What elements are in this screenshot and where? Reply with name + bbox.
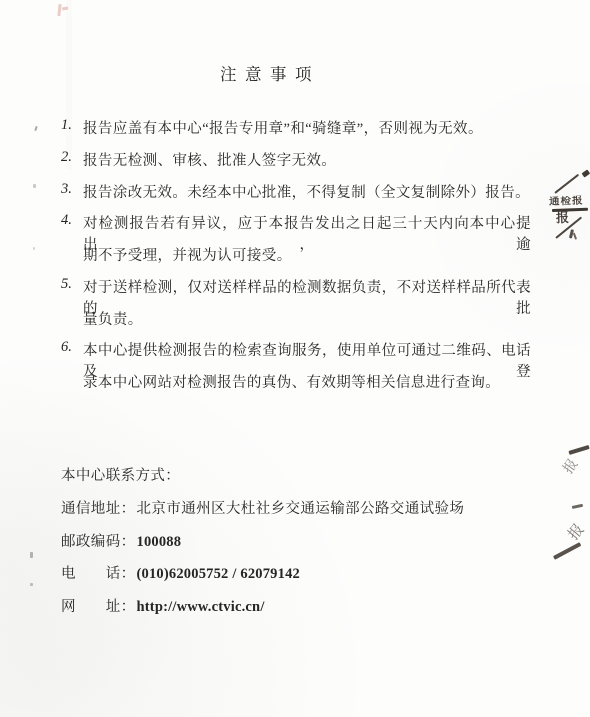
seal-glyph-fragment [569,229,574,238]
notice-list: 1. 报告应盖有本中心“报告专用章”和“骑缝章”，否则视为无效。 2. 报告无检… [61,117,531,403]
notice-item-5-cont: 量负责。 [61,308,531,340]
notice-item-4-cont: 期不予受理，并视为认可接受。 [61,244,531,276]
scan-speck [33,184,36,188]
notice-item-5: 5. 对于送样检测，仅对送样样品的检测数据负责，不对送样样品所代表的批 [61,276,531,308]
contact-heading: 本中心联系方式： [61,464,541,497]
seal-border-line [554,174,579,194]
notice-item-2: 2. 报告无检测、审核、批准人签字无效。 [61,149,531,181]
page-title: 注意事项 [220,66,320,84]
item-number: 4. [61,212,72,229]
seal-border-corner [582,169,590,177]
red-seal-fragment-topleft [56,3,69,17]
seal-glyph-fragment [572,504,583,509]
seal-border-line [555,216,582,239]
notice-item-4: 4. 对检测报告若有异议，应于本报告发出之日起三十天内向本中心提出，逾 [61,212,531,244]
scanned-report-notice-page: 注意事项 1. 报告应盖有本中心“报告专用章”和“骑缝章”，否则视为无效。 2.… [0,0,590,717]
seal-text-row: 通检报 [549,195,590,208]
item-text: 报告无检测、审核、批准人签字无效。 [83,153,336,169]
seal-text-char: 报 [556,211,569,225]
contact-section: 本中心联系方式： 通信地址：北京市通州区大杜社乡交通运输部公路交通试验场 邮政编… [61,464,541,628]
seal-stroke [62,6,68,10]
contact-label: 电 话： [61,566,136,582]
seal-glyph-fragment [573,233,577,240]
notice-item-6: 6. 本中心提供检测报告的检索查询服务，使用单位可通过二维码、电话及登 [61,339,531,371]
seal-divider-line [552,208,588,212]
contact-label: 通信地址： [61,501,136,517]
seal-border-line [553,542,582,560]
scan-speck [30,583,33,586]
notice-item-6-cont: 录本中心网站对检测报告的真伪、有效期等相关信息进行查询。 [61,371,531,403]
item-text: 报告应盖有本中心“报告专用章”和“骑缝章”，否则视为无效。 [83,121,483,137]
contact-value: 100088 [136,534,182,550]
contact-value: 北京市通州区大杜社乡交通运输部公路交通试验场 [136,501,465,517]
item-number: 2. [61,149,72,166]
item-text: 录本中心网站对检测报告的真伪、有效期等相关信息进行查询。 [83,375,500,391]
scan-speck [33,247,35,250]
seal-border-line [568,445,589,455]
contact-label: 邮政编码： [61,534,136,550]
seal-stroke [57,4,61,16]
item-text: 量负责。 [83,312,143,328]
item-number: 5. [61,276,72,293]
seal-text-char: 报 [558,455,582,478]
contact-website-line: 网 址：http://www.ctvic.cn/ [61,595,541,628]
contact-value: http://www.ctvic.cn/ [136,599,265,615]
seal-text-char: 报 [563,519,589,544]
item-number: 1. [61,117,72,134]
notice-item-3: 3. 报告涂改无效。未经本中心批准，不得复制（全文复制除外）报告。 [61,181,531,213]
scan-speck [30,552,33,558]
contact-value: (010)62005752 / 62079142 [136,566,301,582]
item-text: 期不予受理，并视为认可接受。 [83,248,292,264]
contact-postcode-line: 邮政编码：100088 [61,530,541,563]
item-number: 6. [61,339,72,356]
notice-item-1: 1. 报告应盖有本中心“报告专用章”和“骑缝章”，否则视为无效。 [61,117,531,149]
contact-address-line: 通信地址：北京市通州区大杜社乡交通运输部公路交通试验场 [61,497,541,530]
scan-speck [34,126,37,131]
contact-phone-line: 电 话：(010)62005752 / 62079142 [61,562,541,595]
item-text: 报告涂改无效。未经本中心批准，不得复制（全文复制除外）报告。 [83,185,530,201]
contact-label: 网 址： [61,599,136,615]
item-number: 3. [61,181,72,198]
